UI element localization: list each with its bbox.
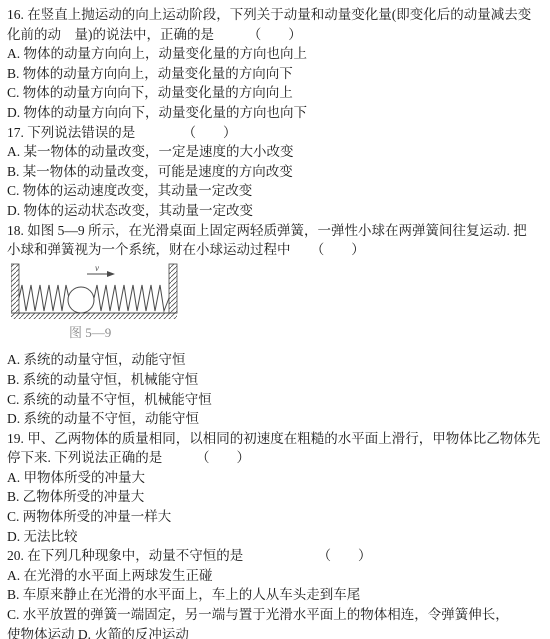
option-line: D. 系统的动量不守恒，动能守恒 xyxy=(7,409,548,429)
question-stem-line: 18. 如图 5—9 所示，在光滑桌面上固定两轻质弹簧，一弹性小球在两弹簧间往复… xyxy=(7,221,548,241)
physics-test-document: 16. 在竖直上抛运动的向上运动阶段，下列关于动量和动量变化量(即变化后的动量减… xyxy=(0,0,550,639)
option-line: C. 水平放置的弹簧一端固定，另一端与置于光滑水平面上的物体相连，令弹簧伸长， xyxy=(7,605,548,625)
question-stem-line: 19. 甲、乙两物体的质量相同，以相同的初速度在粗糙的水平面上滑行，甲物体比乙物… xyxy=(7,429,548,449)
question-18: 18. 如图 5—9 所示，在光滑桌面上固定两轻质弹簧，一弹性小球在两弹簧间往复… xyxy=(7,221,548,429)
right-spring xyxy=(94,285,169,311)
option-line: D. 物体的动量方向向下，动量变化量的方向也向下 xyxy=(7,103,548,123)
velocity-label: v xyxy=(95,263,99,273)
question-stem-line: 停下来. 下列说法正确的是 （ ） xyxy=(7,448,548,468)
question-stem-line: 16. 在竖直上抛运动的向上运动阶段，下列关于动量和动量变化量(即变化后的动量减… xyxy=(7,5,548,25)
question-19: 19. 甲、乙两物体的质量相同，以相同的初速度在粗糙的水平面上滑行，甲物体比乙物… xyxy=(7,429,548,547)
velocity-arrowhead xyxy=(107,271,115,277)
option-line: 使物体运动 D. 火箭的反冲运动 xyxy=(7,625,548,639)
option-line: B. 某一物体的动量改变，可能是速度的方向改变 xyxy=(7,162,548,182)
question-17: 17. 下列说法错误的是 （ ） A. 某一物体的动量改变，一定是速度的大小改变… xyxy=(7,123,548,221)
spring-ball-diagram: v xyxy=(11,262,179,320)
left-spring xyxy=(19,285,69,311)
option-line: C. 系统的动量不守恒，机械能守恒 xyxy=(7,390,548,410)
right-wall xyxy=(169,264,177,313)
option-line: B. 物体的动量方向向上，动量变化量的方向向下 xyxy=(7,64,548,84)
ball xyxy=(68,287,94,313)
question-stem-line: 小球和弹簧视为一个系统，财在小球运动过程中 （ ） xyxy=(7,240,548,260)
option-line: B. 乙物体所受的冲量大 xyxy=(7,487,548,507)
option-line: A. 甲物体所受的冲量大 xyxy=(7,468,548,488)
ground-hatch xyxy=(11,313,177,319)
spring-ball-figure: v 图 5—9 xyxy=(7,262,548,343)
option-line: A. 系统的动量守恒，动能守恒 xyxy=(7,350,548,370)
option-line: B. 车原来静止在光滑的水平面上，车上的人从车头走到车尾 xyxy=(7,585,548,605)
question-stem-line: 17. 下列说法错误的是 （ ） xyxy=(7,123,548,143)
option-line: A. 某一物体的动量改变，一定是速度的大小改变 xyxy=(7,142,548,162)
option-line: A. 在光滑的水平面上两球发生正碰 xyxy=(7,566,548,586)
option-line: C. 两物体所受的冲量一样大 xyxy=(7,507,548,527)
question-16: 16. 在竖直上抛运动的向上运动阶段，下列关于动量和动量变化量(即变化后的动量减… xyxy=(7,5,548,123)
question-stem-line: 20. 在下列几种现象中，动量不守恒的是 （ ） xyxy=(7,546,548,566)
left-wall xyxy=(11,264,19,313)
option-line: C. 物体的动量方向向下，动量变化量的方向向上 xyxy=(7,83,548,103)
option-line: B. 系统的动量守恒，机械能守恒 xyxy=(7,370,548,390)
figure-caption: 图 5—9 xyxy=(69,323,548,343)
option-line: D. 物体的运动状态改变，其动量一定改变 xyxy=(7,201,548,221)
option-line: C. 物体的运动速度改变，其动量一定改变 xyxy=(7,181,548,201)
option-line: D. 无法比较 xyxy=(7,527,548,547)
question-stem-line: 化前的动 量)的说法中，正确的是 （ ） xyxy=(7,25,548,45)
question-20: 20. 在下列几种现象中，动量不守恒的是 （ ） A. 在光滑的水平面上两球发生… xyxy=(7,546,548,639)
option-line: A. 物体的动量方向向上，动量变化量的方向也向上 xyxy=(7,44,548,64)
